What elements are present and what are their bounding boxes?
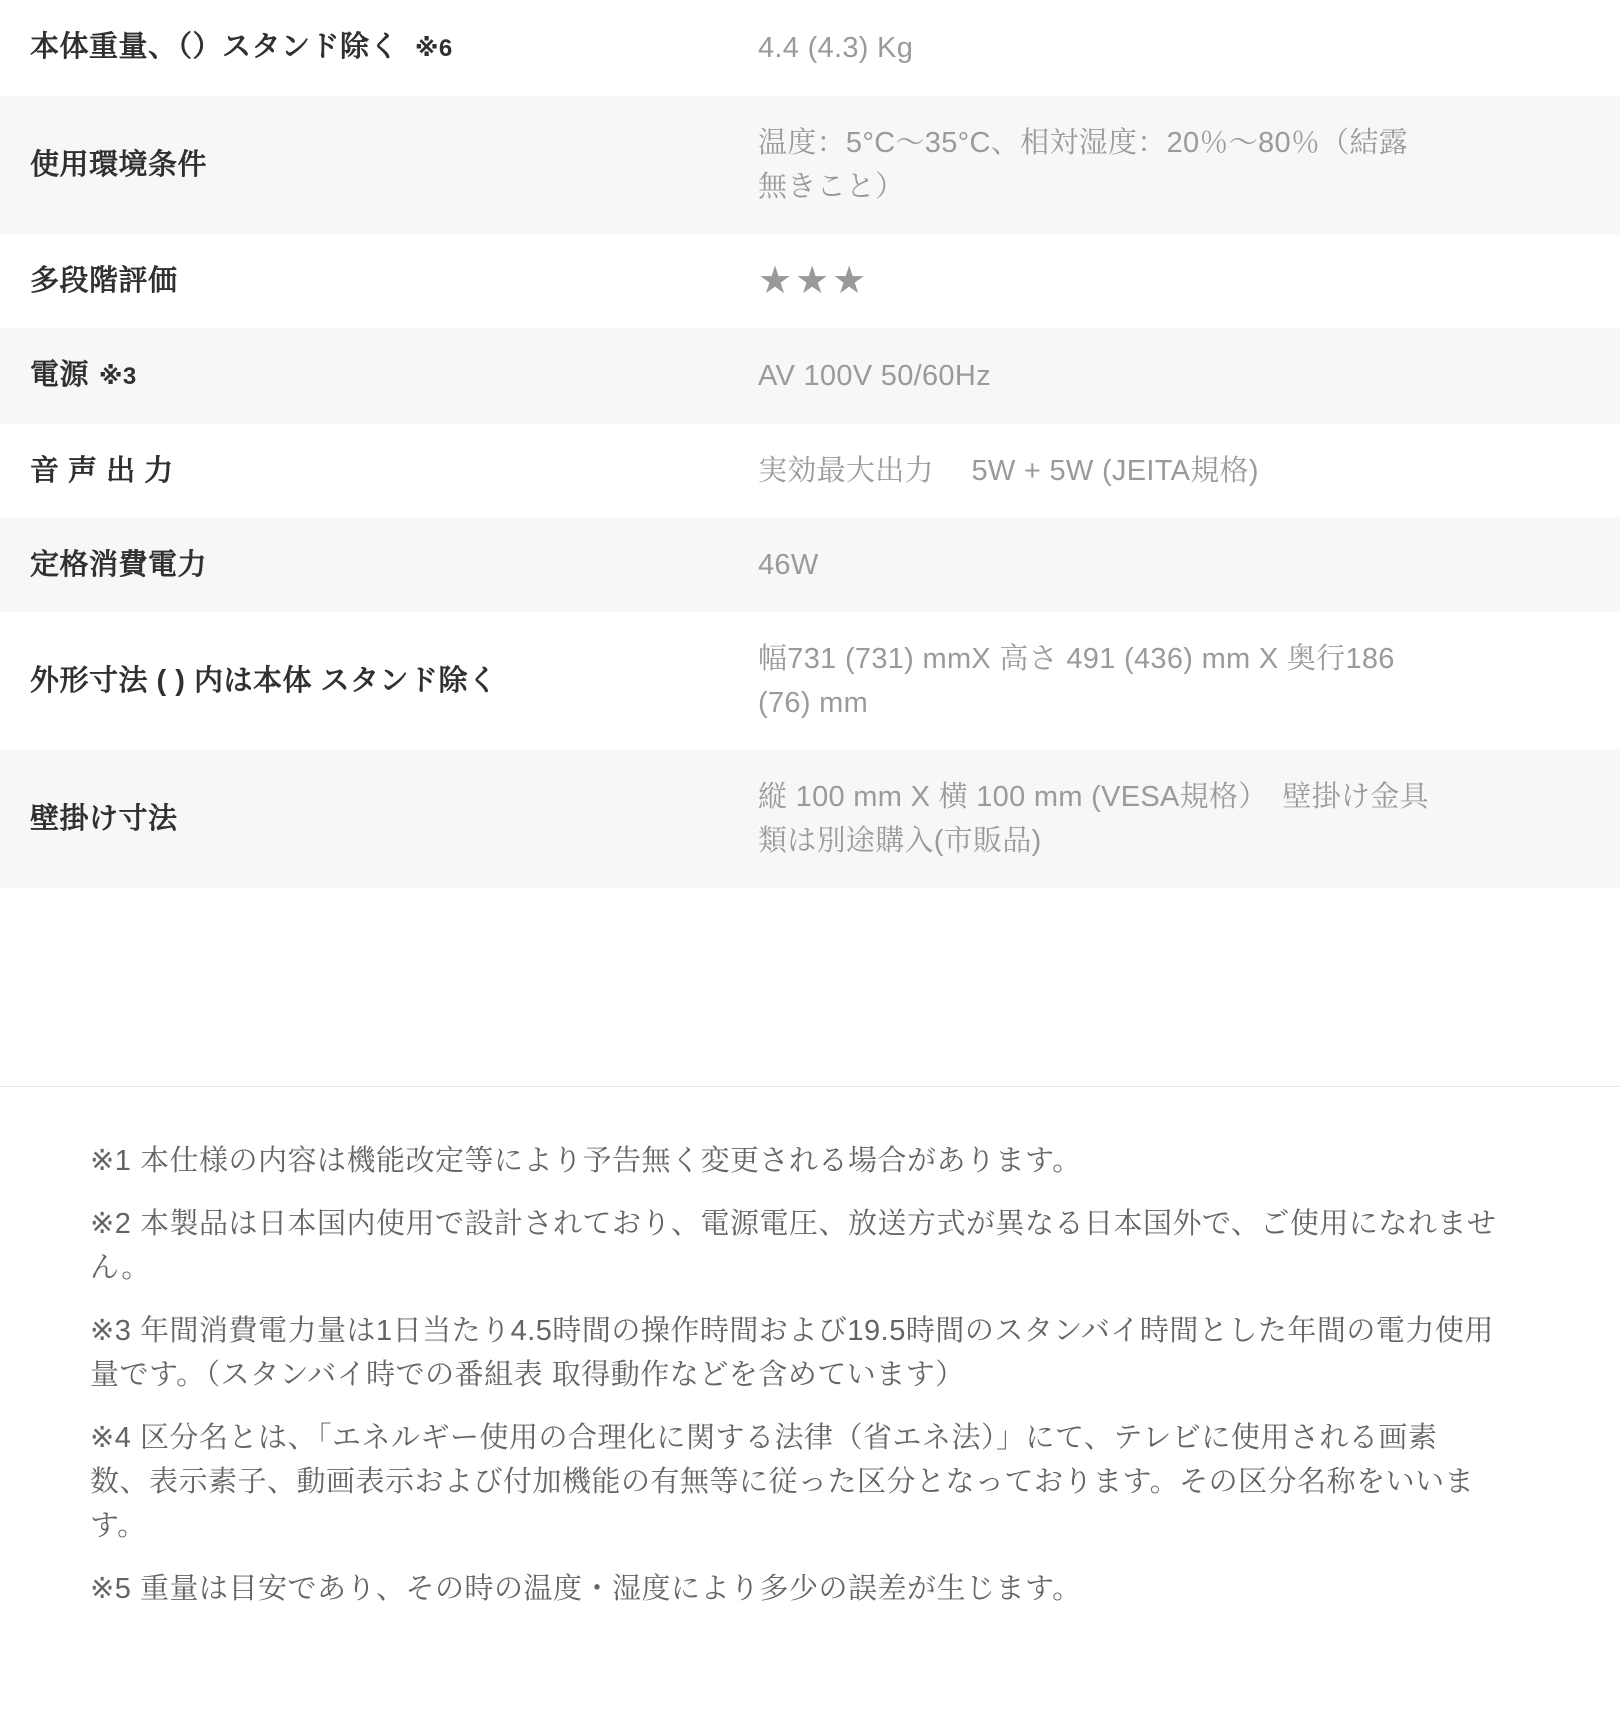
spec-table: 本体重量、（）スタンド除く※6 4.4 (4.3) Kg 使用環境条件 温度：5… xyxy=(0,0,1620,888)
footnote-3: ※3 年間消費電力量は1日当たり4.5時間の操作時間および19.5時間のスタンバ… xyxy=(90,1309,1570,1397)
spec-row-audio-output: 音 声 出 力 実効最大出力 5W + 5W (JEITA規格) xyxy=(0,424,1620,518)
spec-value: 温度：5°C〜35°C、相対湿度：20％〜80％（結露 無きこと） xyxy=(758,121,1590,209)
spec-row-dimensions: 外形寸法 ( ) 内は本体 スタンド除く 幅731 (731) mmX 高さ 4… xyxy=(0,612,1620,750)
spec-label: 定格消費電力 xyxy=(30,543,758,587)
footnote-1: ※1 本仕様の内容は機能改定等により予告無く変更される場合があります。 xyxy=(90,1139,1570,1183)
spec-label: 電源※3 xyxy=(30,353,758,399)
spec-value: 4.4 (4.3) Kg xyxy=(758,26,1590,70)
star-rating: ★★★ xyxy=(758,259,1590,303)
spec-value: 縦 100 mm X 横 100 mm (VESA規格） 壁掛け金具 類は別途購… xyxy=(758,775,1590,863)
footnote-ref-mark: ※6 xyxy=(415,35,453,62)
spec-label-text: 本体重量、（）スタンド除く xyxy=(30,31,399,63)
footnotes-section: ※1 本仕様の内容は機能改定等により予告無く変更される場合があります。 ※2 本… xyxy=(0,1086,1620,1651)
spec-label: 外形寸法 ( ) 内は本体 スタンド除く xyxy=(30,659,758,703)
footnote-ref-mark: ※3 xyxy=(99,363,137,390)
footnote-5: ※5 重量は目安であり、その時の温度・湿度により多少の誤差が生じます。 xyxy=(90,1567,1570,1611)
spec-label: 本体重量、（）スタンド除く※6 xyxy=(30,25,758,71)
spec-row-power-consumption: 定格消費電力 46W xyxy=(0,518,1620,612)
spec-value: AV 100V 50/60Hz xyxy=(758,354,1590,398)
spec-label-text: 電源 xyxy=(30,359,89,391)
spec-label: 多段階評価 xyxy=(30,259,758,303)
spec-label: 使用環境条件 xyxy=(30,143,758,187)
spec-label: 音 声 出 力 xyxy=(30,449,758,493)
spec-row-environment: 使用環境条件 温度：5°C〜35°C、相対湿度：20％〜80％（結露 無きこと） xyxy=(0,96,1620,234)
spec-row-weight: 本体重量、（）スタンド除く※6 4.4 (4.3) Kg xyxy=(0,0,1620,96)
footnote-2: ※2 本製品は日本国内使用で設計されており、電源電圧、放送方式が異なる日本国外で… xyxy=(90,1202,1570,1290)
table-bottom-gap xyxy=(0,888,1620,1086)
footnote-4: ※4 区分名とは、「エネルギー使用の合理化に関する法律（省エネ法）」にて、テレビ… xyxy=(90,1416,1570,1548)
spec-value: 幅731 (731) mmX 高さ 491 (436) mm X 奥行186 (… xyxy=(758,637,1590,725)
spec-row-rating: 多段階評価 ★★★ xyxy=(0,234,1620,328)
spec-value: 46W xyxy=(758,543,1590,587)
spec-row-wall-mount: 壁掛け寸法 縦 100 mm X 横 100 mm (VESA規格） 壁掛け金具… xyxy=(0,750,1620,888)
spec-label: 壁掛け寸法 xyxy=(30,797,758,841)
spec-value: 実効最大出力 5W + 5W (JEITA規格) xyxy=(758,449,1590,493)
spec-row-power: 電源※3 AV 100V 50/60Hz xyxy=(0,328,1620,424)
